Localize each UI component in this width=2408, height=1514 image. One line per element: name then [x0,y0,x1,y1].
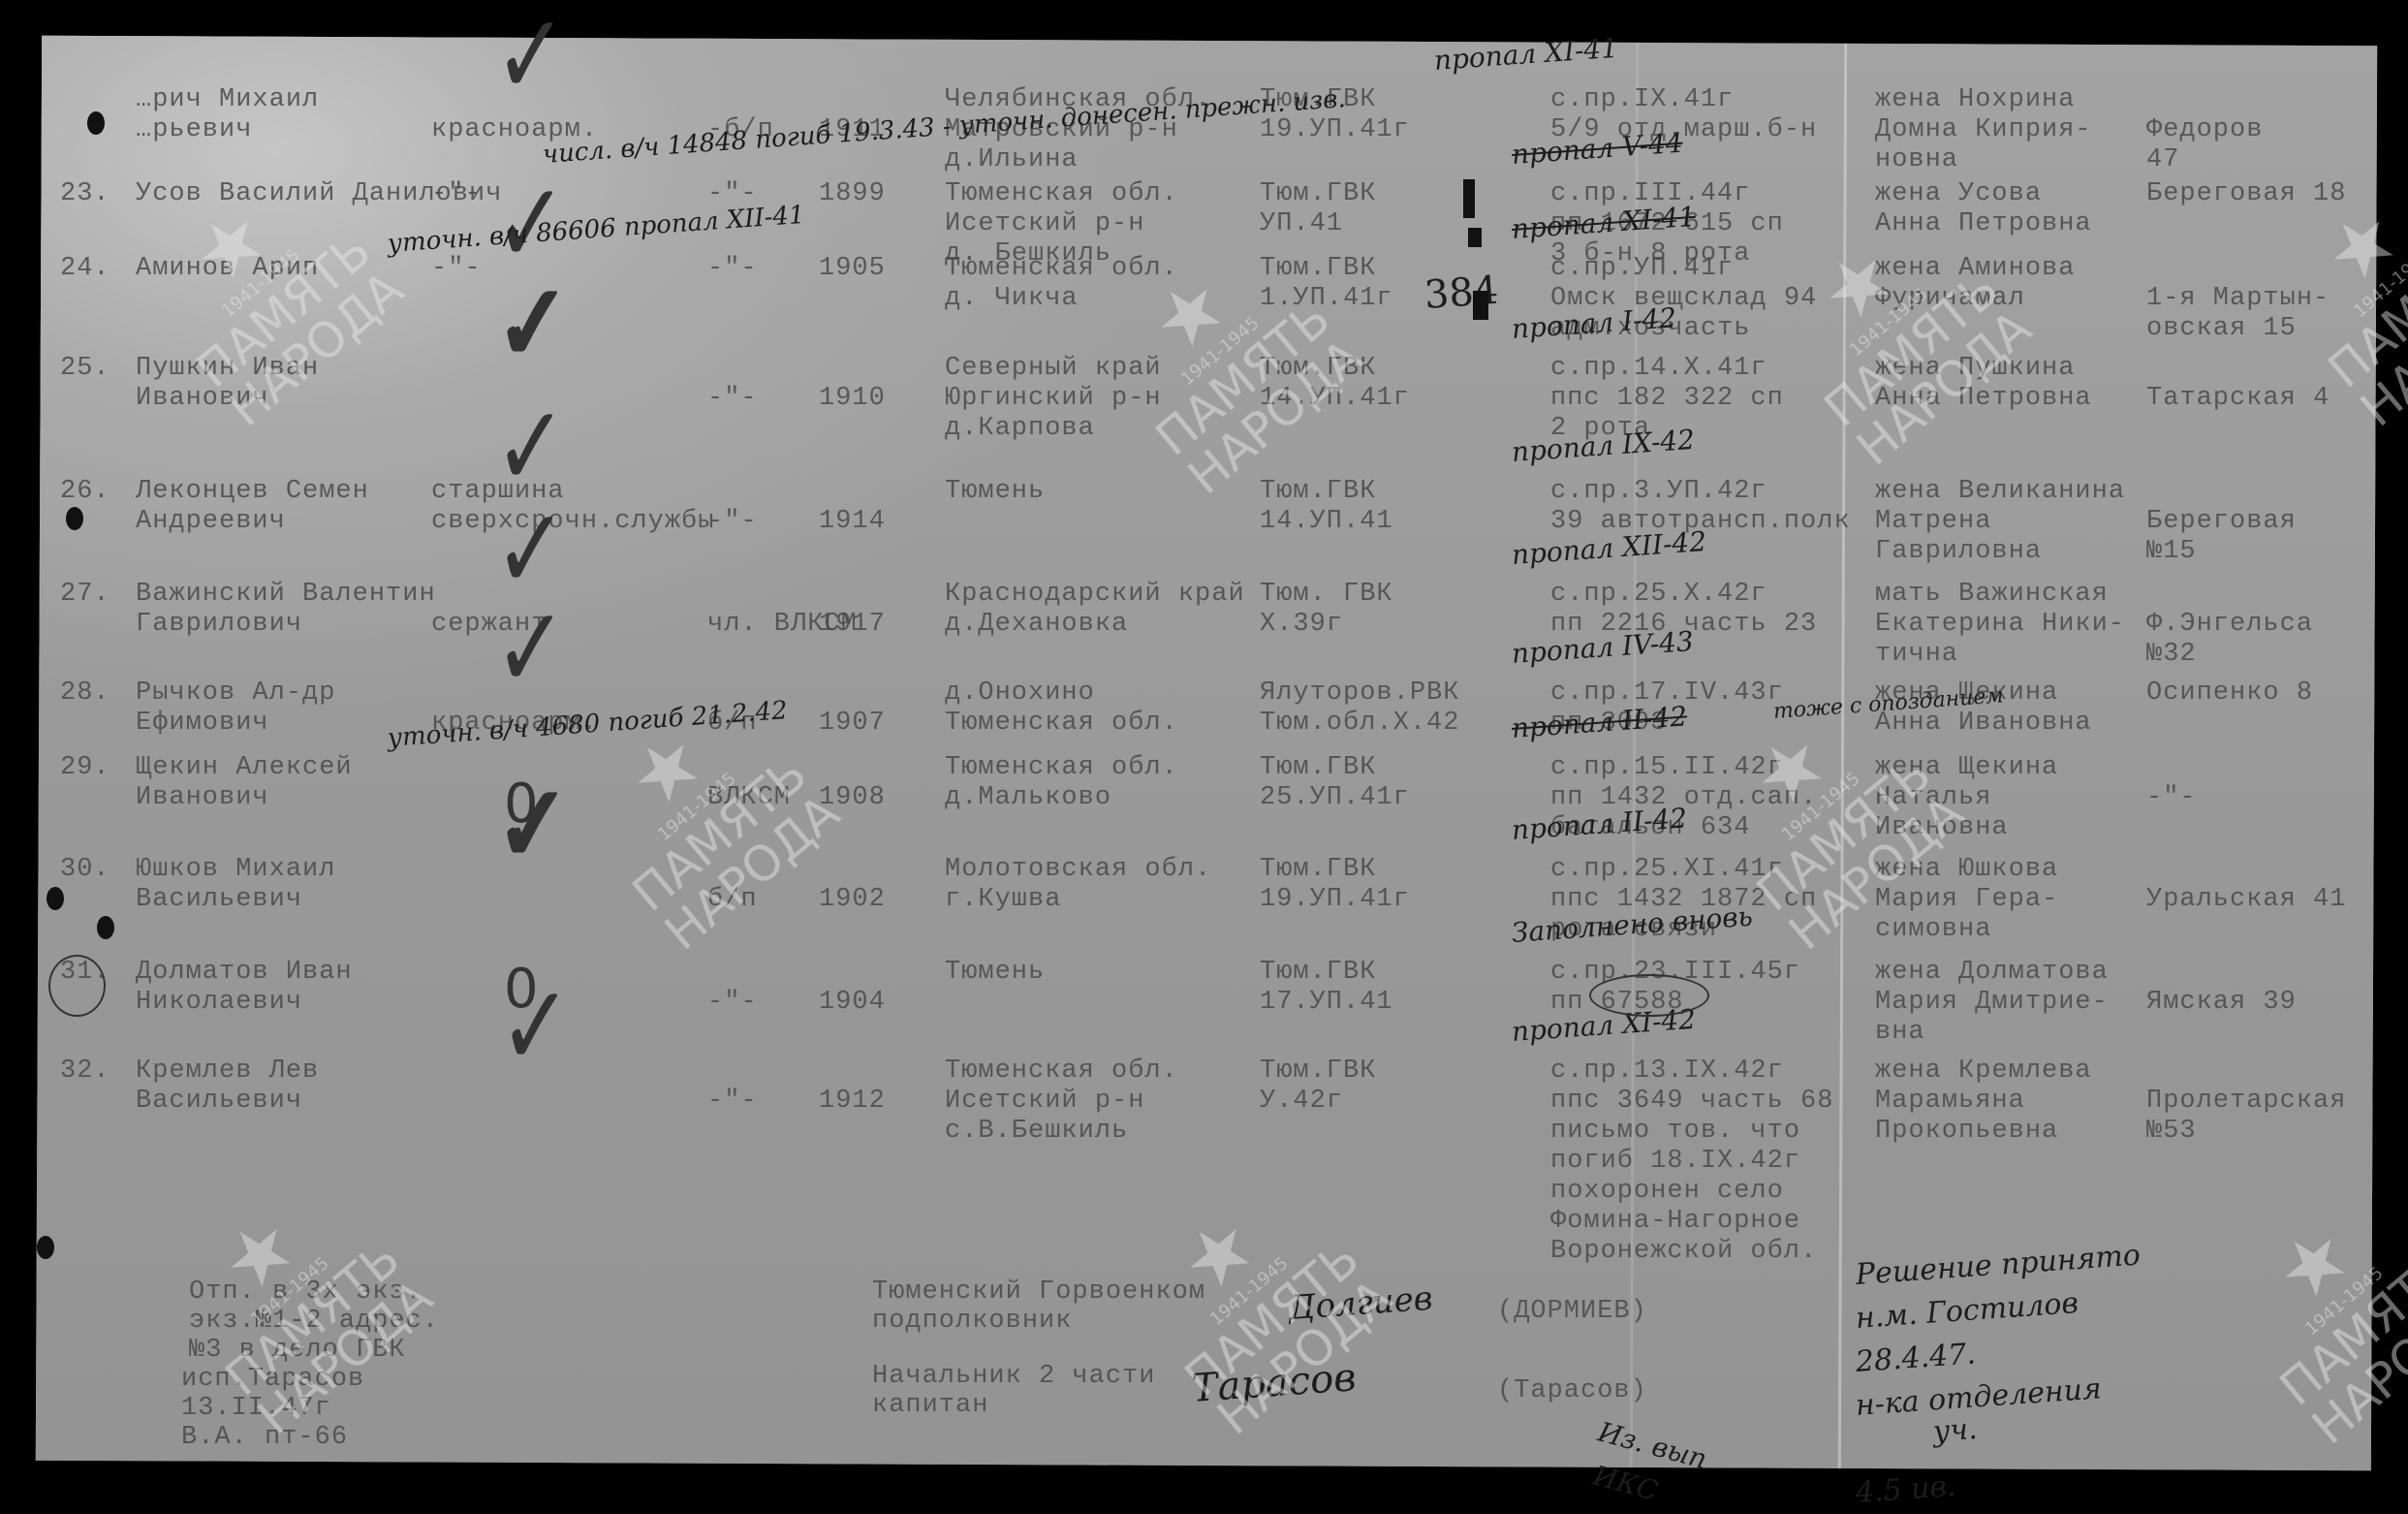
relative-line: Фуричамал [1875,284,2025,314]
birth-year: 1914 [819,507,886,537]
address-line: -"- [2146,783,2197,813]
last-report-line: с.пр.25.XI.41г [1550,855,1784,885]
person-name: Аминов Арип [136,254,319,284]
draft-office-line: Ялуторов.РВК [1260,678,1459,709]
address-line: Ф.Энгельса [2146,610,2313,640]
last-report-line: с.пр.25.X.42г [1550,580,1767,610]
relative-line: жена Нохрина [1875,85,2075,115]
last-report-line: с.пр.14.X.41г [1550,354,1767,384]
row-number: 25. [60,354,110,384]
rank: -"- [431,179,482,209]
relative-line: новна [1875,145,1958,175]
draft-office-line: Тюм.ГВК [1260,179,1376,209]
last-report-line: с.пр.3.УП.42г [1550,477,1767,507]
last-report-line: ппс 3649 часть 68 [1550,1087,1833,1117]
relative-line: тична [1875,640,1958,670]
birth-year: 1907 [819,709,886,739]
birthplace-line: д.Онохино [945,678,1095,709]
handwritten-resolution-line: 4.5 ив. [1855,1469,1957,1510]
draft-office-line: Тюм.ГВК [1260,254,1376,284]
birthplace-line: с.В.Бешкиль [945,1117,1128,1147]
row-number: 23. [60,179,110,209]
row-number: 29. [60,753,110,783]
relative-line: жена Аминова [1875,254,2075,284]
person-name-line2: Гаврилович [136,610,302,640]
draft-office-line: 1.УП.41г [1260,284,1393,314]
relative-line: Анна Петровна [1875,384,2092,414]
address-line: 47 [2146,145,2179,175]
circled-unit [1589,974,1709,1017]
address-line: №15 [2146,537,2197,567]
footer-signatory-title: подполковник [872,1307,1072,1337]
footer-distribution-line: №3 в дело ГВК [189,1336,406,1366]
relative-line: Ивановна [1875,813,2009,843]
margin-mark [1463,179,1475,218]
draft-office-line: Тюм.ГВК [1260,753,1376,783]
birth-year: 1905 [819,254,886,284]
relative-line: жена Пушкина [1875,354,2075,384]
relative-line: жена Усова [1875,179,2042,209]
relative-line: жена Щекина [1875,753,2058,783]
draft-office-line: 14.УП.41г [1260,384,1410,414]
birthplace-line: Юргинский р-н [945,384,1162,414]
person-name-line2: Андреевич [136,507,286,537]
person-name: …рич Михаил [136,85,319,115]
address-line: Ямская 39 [2146,988,2297,1018]
birthplace-line: Исетский р-н [945,1087,1144,1117]
birthplace-line: д.Ильина [945,145,1079,175]
relative-line: Домна Киприя- [1875,115,2092,145]
row-number: 24. [60,254,110,284]
checkmark-icon: ✓ [494,770,567,883]
last-report-line: Фомина-Нагорное [1550,1207,1800,1237]
birthplace-line: Исетский р-н [945,209,1144,239]
person-name-line2: Иванович [136,384,269,414]
draft-office-line: 17.УП.41 [1260,988,1393,1018]
last-report-line: с.пр.IX.41г [1550,85,1734,115]
birthplace-line: д.Карпова [945,414,1095,444]
draft-office-line: У.42г [1260,1087,1343,1117]
footer-distribution-line: В.А. пт-66 [181,1423,348,1453]
last-report-line: погиб 18.IX.42г [1550,1147,1800,1177]
person-name: Пушкин Иван [136,354,319,384]
birth-year: 1904 [819,988,886,1018]
footer-signatory-title: Начальник 2 части [872,1362,1155,1392]
address-line: Береговая 18 [2146,179,2346,209]
birth-year: 1917 [819,610,886,640]
relative-line: Марамьяна [1875,1087,2025,1117]
last-report-line: ппс 182 322 сп [1550,384,1784,414]
birthplace-line: д.Дехановка [945,610,1128,640]
circled-number [48,955,106,1017]
draft-office-line: Тюм.обл.X.42 [1260,709,1459,739]
last-report-line: с.пр.15.II.42г [1550,753,1784,783]
relative-line: Мария Дмитрие- [1875,988,2109,1018]
punch-hole [97,916,114,939]
draft-office-line: УП.41 [1260,209,1343,239]
person-name-line2: Николаевич [136,988,302,1018]
birthplace-line: д. Чикча [945,284,1079,314]
party-status: -"- [707,988,758,1018]
punch-hole [37,1236,54,1259]
person-name: Щекин Алексей [136,753,353,783]
last-report-line: письмо тов. что [1550,1117,1800,1147]
draft-office-line: Тюм. ГВК [1260,580,1393,610]
relative-line: Прокопьевна [1875,1117,2058,1147]
punch-hole [66,507,83,530]
footer-distribution-line: Отп. в 3х экз. [189,1277,422,1308]
party-status: б/п [707,885,758,915]
relative-line: жена Великанина [1875,477,2125,507]
birthplace-line: Северный край [945,354,1162,384]
birthplace-line: д.Мальково [945,783,1111,813]
row-number: 30. [60,855,110,885]
footer-name: (ДОРМИЕВ) [1497,1297,1647,1327]
draft-office-line: Тюм.ГВК [1260,958,1376,988]
draft-office-line: Тюм.ГВК [1260,855,1376,885]
last-report-line: похоронен село [1550,1177,1784,1207]
party-status: -"- [707,384,758,414]
address-line: овская 15 [2146,314,2297,344]
relative-line: симовна [1875,915,1991,945]
relative-line: Матрена [1875,507,1991,537]
address-line: Пролетарская [2146,1087,2346,1117]
relative-line: Екатерина Ники- [1875,610,2125,640]
draft-office-line: 14.УП.41 [1260,507,1393,537]
party-status: -"- [707,1087,758,1117]
birthplace-line: г.Кушва [945,885,1061,915]
relative-line: жена Юшкова [1875,855,2058,885]
draft-office-line: Тюм.ГВК [1260,354,1376,384]
checkmark-icon: ✓ [494,0,567,113]
birth-year: 1899 [819,179,886,209]
relative-line: жена Кремлева [1875,1057,2092,1087]
birthplace-line: Тюмень [945,958,1045,988]
margin-mark [1468,228,1482,247]
footer-signatory-title: Тюменский Горвоенком [872,1277,1205,1308]
party-status: -"- [707,507,758,537]
footer-distribution-line: 13.II.47г [181,1394,331,1424]
draft-office-line: Тюм.ГВК [1260,1057,1376,1087]
checkmark-icon: ✓ [499,971,572,1085]
last-report-line: с.пр.УП.41г [1550,254,1734,284]
draft-office-line: 19.УП.41г [1260,885,1410,915]
birth-year: 1908 [819,783,886,813]
birthplace-line: Тюменская обл. [945,1057,1178,1087]
birthplace-line: Тюменская обл. [945,753,1178,783]
birthplace-line: Тюменская обл. [945,179,1178,209]
address-line: Федоров [2146,115,2263,145]
margin-mark [1473,291,1488,320]
handwritten-resolution-line: уч. [1932,1412,1979,1449]
rank: -"- [431,254,482,284]
last-report-line: с.пр.13.IX.42г [1550,1057,1784,1087]
row-number: 28. [60,678,110,709]
relative-line: Гавриловна [1875,537,2042,567]
row-number: 32. [60,1057,110,1087]
punch-hole [87,111,105,135]
person-name-line2: Васильевич [136,1087,302,1117]
address-line: Уральская 41 [2146,885,2346,915]
draft-office-line: X.39г [1260,610,1343,640]
person-name: Рычков Ал-др [136,678,335,709]
party-status: -"- [707,254,758,284]
birth-year: 1902 [819,885,886,915]
person-name: Важинский Валентин [136,580,436,610]
draft-office-line: 25.УП.41г [1260,783,1410,813]
person-name: Кремлев Лев [136,1057,319,1087]
address-line: №53 [2146,1117,2197,1147]
draft-office-line: 19.УП.41г [1260,115,1410,145]
address-line: Береговая [2146,507,2297,537]
footer-name: (Тарасов) [1497,1376,1647,1406]
relative-line: жена Долматова [1875,958,2109,988]
address-line: Татарская 4 [2146,384,2330,414]
person-name-line2: Иванович [136,783,269,813]
person-name-line2: Васильевич [136,885,302,915]
relative-line: Мария Гера- [1875,885,2058,915]
row-number: 27. [60,580,110,610]
person-name: Долматов Иван [136,958,353,988]
birthplace-line: Молотовская обл. [945,855,1211,885]
party-status: ВЛКСМ [707,783,791,813]
birthplace-line: Краснодарский край [945,580,1245,610]
address-line: №32 [2146,640,2197,670]
birthplace-line: Тюменская обл. [945,254,1178,284]
row-number: 26. [60,477,110,507]
person-name-line2: …рьевич [136,115,252,145]
relative-line: вна [1875,1018,1925,1048]
checkmark-icon: ✓ [494,593,567,707]
address-line: Осипенко 8 [2146,678,2313,709]
birth-year: 1910 [819,384,886,414]
draft-office-line: Тюм.ГВК [1260,477,1376,507]
footer-distribution-line: экз.№1-2 адрес. [189,1307,439,1337]
person-name-line2: Ефимович [136,709,269,739]
footer-signatory-title: капитан [872,1391,988,1421]
address-line: 1-я Мартын- [2146,284,2330,314]
person-name: Юшков Михаил [136,855,335,885]
relative-line: Наталья [1875,783,1991,813]
checkmark-icon: ✓ [494,268,567,382]
birth-year: 1912 [819,1087,886,1117]
rank-line2: сверхсрочн.службы [431,507,714,537]
footer-distribution-line: исп.Тарасов [181,1365,364,1395]
birthplace-line: Тюмень [945,477,1045,507]
punch-hole [47,887,64,910]
birthplace-line: Тюменская обл. [945,709,1178,739]
last-report-line: Воронежской обл. [1550,1237,1817,1267]
person-name: Леконцев Семен [136,477,369,507]
relative-line: мать Важинская [1875,580,2109,610]
relative-line: Анна Петровна [1875,209,2092,239]
fold-line [1838,44,1847,1468]
